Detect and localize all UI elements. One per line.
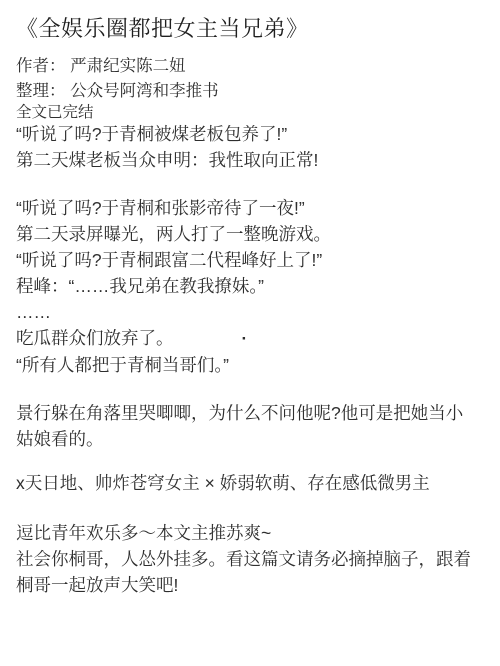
text-line: 吃瓜群众们放弃了。·: [16, 325, 492, 352]
text-line: “所有人都把于青桐当哥们。”: [16, 352, 492, 378]
text-line: 程峰：“……我兄弟在教我撩妹。”: [16, 276, 264, 296]
page-title: 《全娱乐圈都把女主当兄弟》: [16, 12, 492, 46]
author-line: 作者： 严肃纪实陈二妞: [16, 54, 492, 79]
text-line: ……: [16, 302, 51, 322]
text-line: ……: [16, 299, 492, 325]
text-line: 社会你桐哥，人怂外挂多。看这篇文请务必摘掉脑子，跟着: [16, 549, 471, 569]
paragraph-gap: [16, 496, 492, 520]
text-line: x天日地、帅炸苍穹女主 × 娇弱软萌、存在感低微男主: [16, 473, 430, 493]
author-line: 作者： 严肃纪实陈二妞: [16, 57, 186, 75]
text-line: x天日地、帅炸苍穹女主 × 娇弱软萌、存在感低微男主: [16, 470, 492, 496]
text-line: “听说了吗?于青桐和张影帝待了一夜!”: [16, 198, 305, 218]
text-line: “听说了吗?于青桐跟富二代程峰好上了!”: [16, 250, 322, 270]
text-line: 姑娘看的。: [16, 426, 492, 452]
page-title: 《全娱乐圈都把女主当兄弟》: [16, 16, 309, 41]
text-line: “所有人都把于青桐当哥们。”: [16, 355, 229, 375]
paragraph-gap: [16, 173, 492, 195]
text-line: 第二天煤老板当众申明：我性取向正常!: [16, 147, 492, 173]
text-line: “听说了吗?于青桐跟富二代程峰好上了!”: [16, 247, 492, 273]
text-line: “听说了吗?于青桐被煤老板包养了!”: [16, 121, 492, 147]
text-line: 桐哥一起放声大笑吧!: [16, 572, 492, 598]
text-line: 景行躲在角落里哭唧唧，为什么不问他呢?他可是把她当小: [16, 403, 463, 423]
paragraph-gap: [16, 452, 492, 470]
text-line: 逗比青年欢乐多～本文主推苏爽~: [16, 523, 271, 543]
text-line: 社会你桐哥，人怂外挂多。看这篇文请务必摘掉脑子，跟着: [16, 546, 492, 572]
text-line: 姑娘看的。: [16, 429, 104, 449]
document-body: 《全娱乐圈都把女主当兄弟》作者： 严肃纪实陈二妞整理： 公众号阿湾和李推书全文已…: [16, 12, 492, 598]
text-line: “听说了吗?于青桐被煤老板包养了!”: [16, 124, 287, 144]
compiler-line: 整理： 公众号阿湾和李推书: [16, 79, 492, 104]
text-line: 第二天录屏曝光，两人打了一整晚游戏。: [16, 224, 331, 244]
text-line: 逗比青年欢乐多～本文主推苏爽~: [16, 520, 492, 546]
text-line: 程峰：“……我兄弟在教我撩妹。”: [16, 273, 492, 299]
status-line: 全文已完结: [16, 104, 492, 121]
status-line: 全文已完结: [16, 104, 94, 121]
compiler-line: 整理： 公众号阿湾和李推书: [16, 82, 219, 100]
document-page: 《全娱乐圈都把女主当兄弟》作者： 严肃纪实陈二妞整理： 公众号阿湾和李推书全文已…: [0, 0, 500, 666]
text-line: 第二天录屏曝光，两人打了一整晚游戏。: [16, 221, 492, 247]
text-line: “听说了吗?于青桐和张影帝待了一夜!”: [16, 195, 492, 221]
stray-dot: ·: [242, 326, 248, 352]
text-line: 吃瓜群众们放弃了。: [16, 328, 174, 348]
paragraph-gap: [16, 378, 492, 400]
text-line: 景行躲在角落里哭唧唧，为什么不问他呢?他可是把她当小: [16, 400, 492, 426]
text-line: 桐哥一起放声大笑吧!: [16, 575, 178, 595]
text-line: 第二天煤老板当众申明：我性取向正常!: [16, 150, 318, 170]
